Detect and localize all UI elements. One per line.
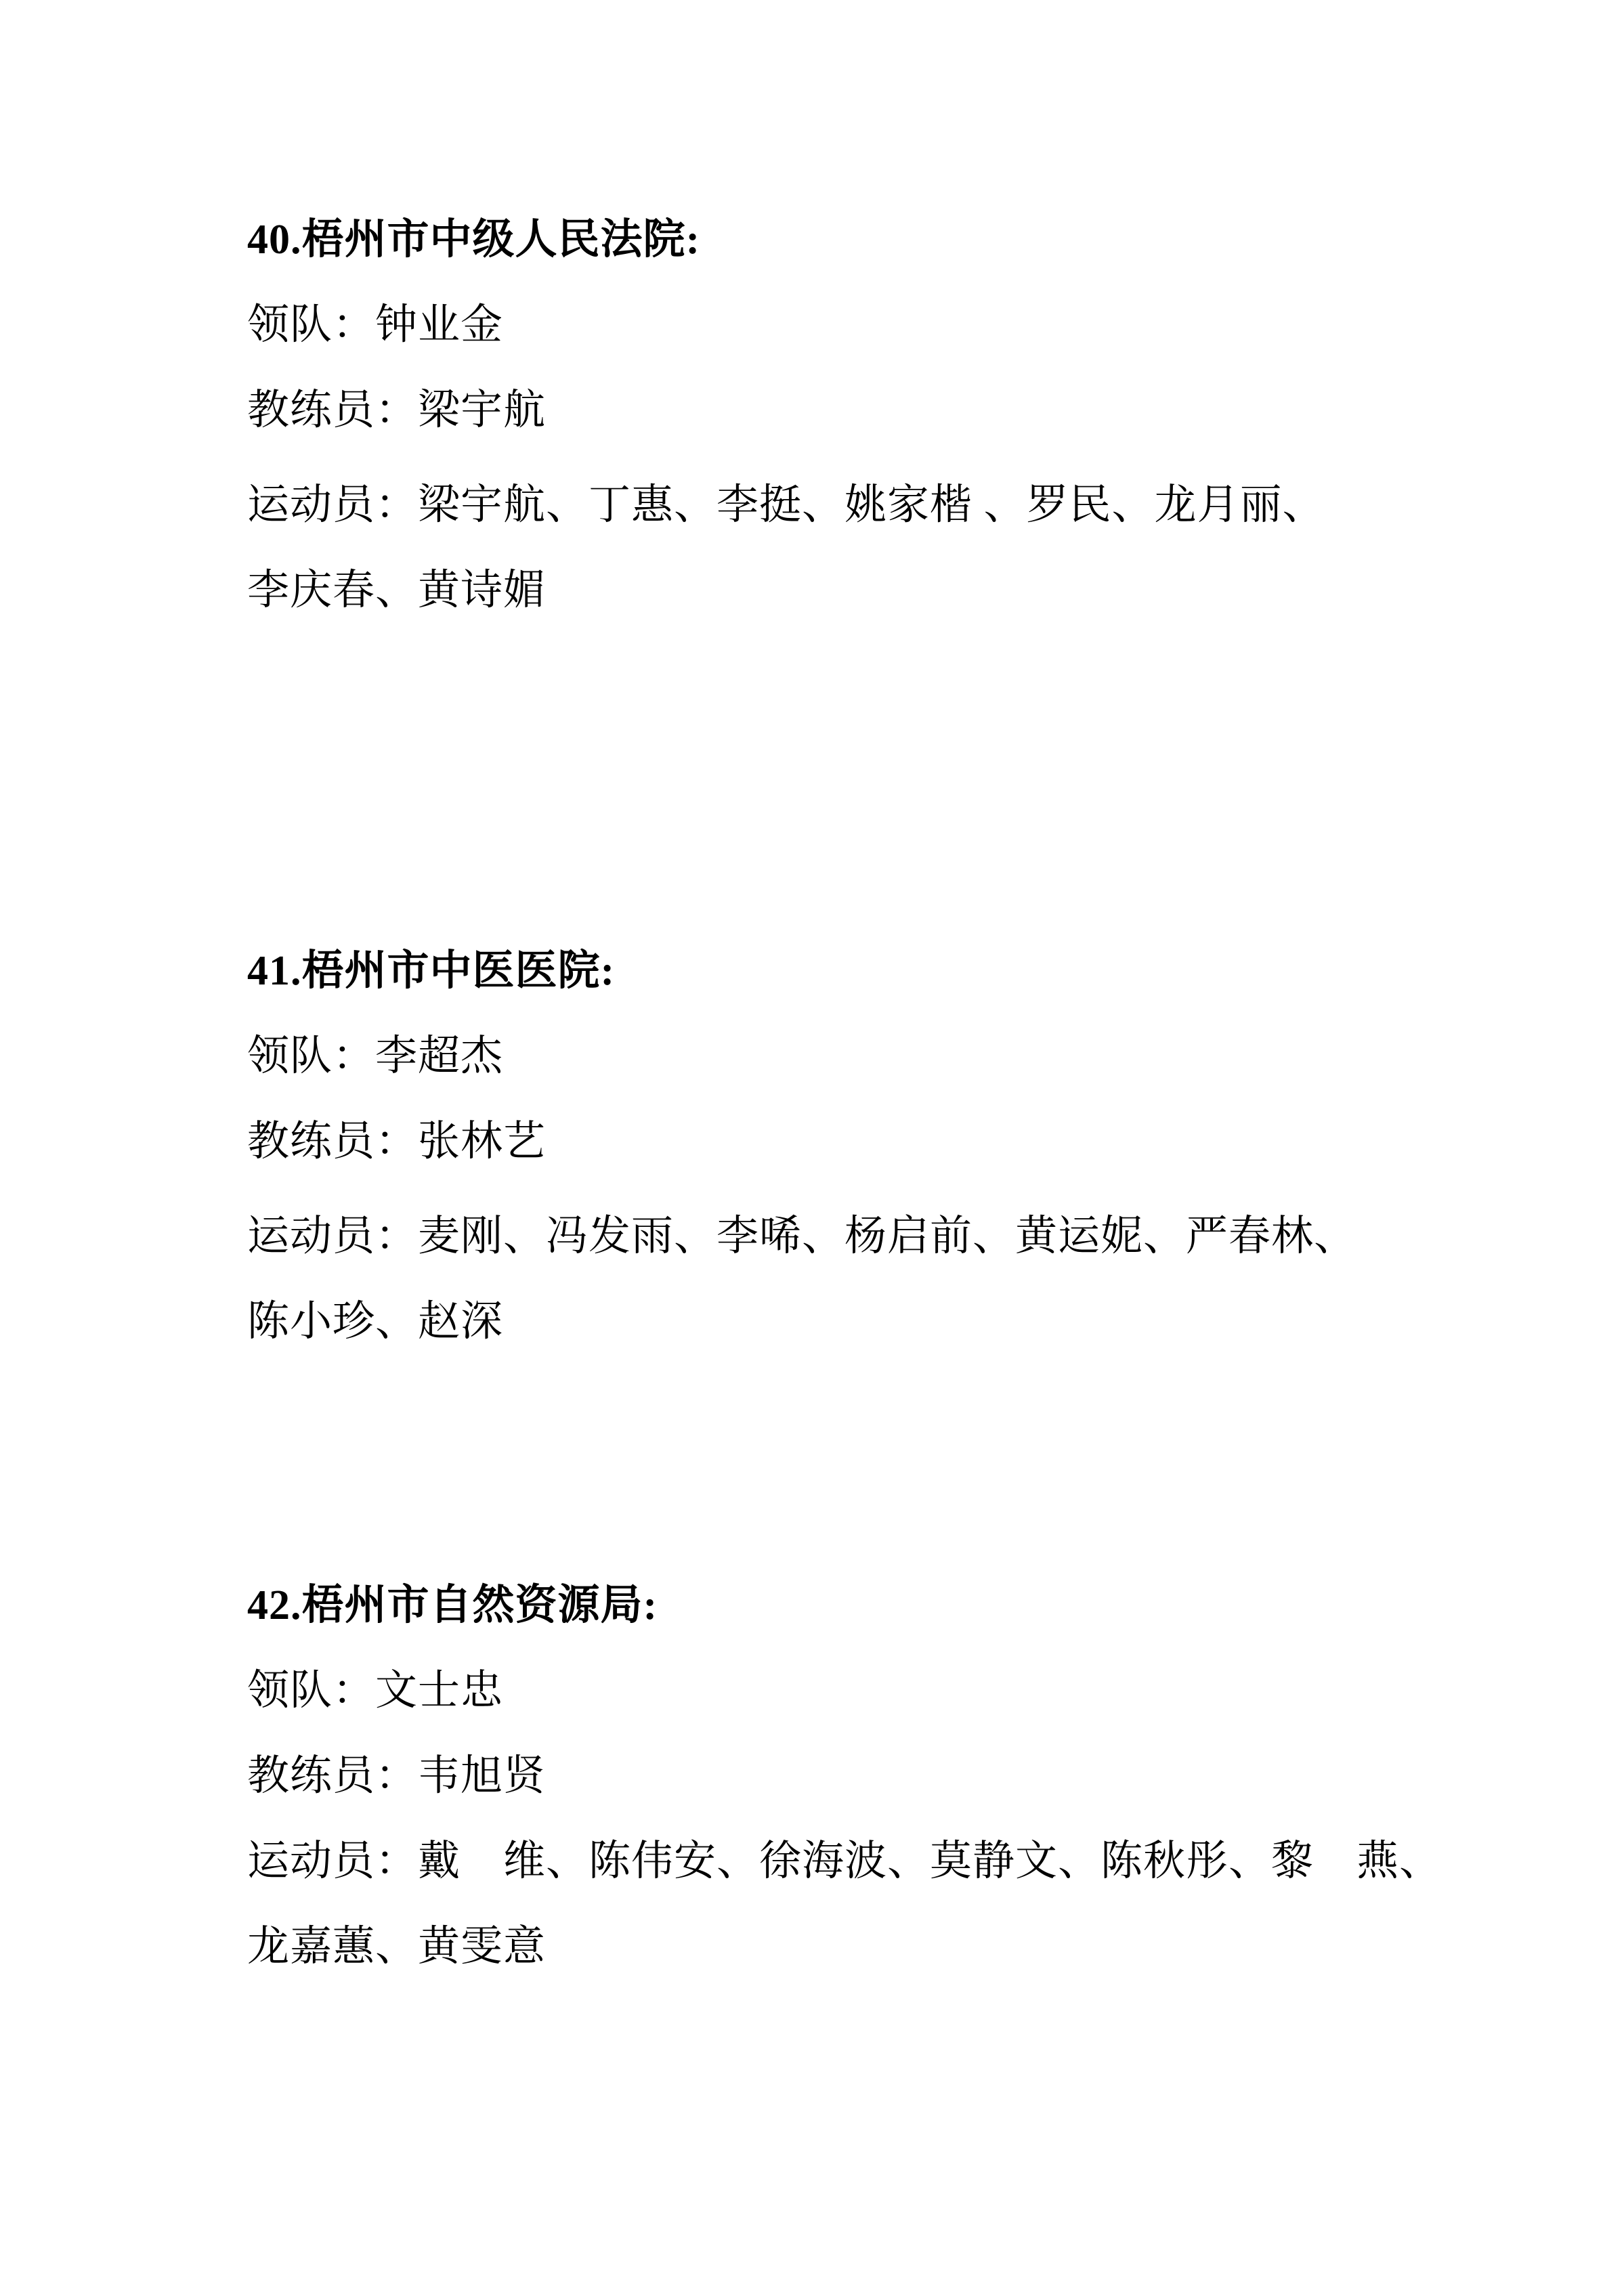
athletes-line-2: 龙嘉蕙、黄雯意	[247, 1904, 1401, 1989]
leader-line: 领队：钟业金	[247, 282, 1401, 368]
athletes-line-1: 运动员：梁宇航、丁惠、李挺、姚家楷 、罗民、龙月丽、	[247, 462, 1401, 548]
leader-line: 领队：文士忠	[247, 1648, 1401, 1733]
team-section-42: 42.梧州市自然资源局: 领队：文士忠 教练员：韦旭贤 运动员：戴 维、陈伟安、…	[247, 1563, 1401, 1989]
team-heading: 41.梧州市中医医院:	[247, 928, 1401, 1014]
athletes-line-2: 陈小珍、赵深	[247, 1279, 1401, 1364]
team-heading: 40.梧州市中级人民法院:	[247, 197, 1401, 282]
document-page: 40.梧州市中级人民法院: 领队：钟业金 教练员：梁宇航 运动员：梁宇航、丁惠、…	[0, 0, 1624, 2296]
coach-line: 教练员：张林艺	[247, 1099, 1401, 1184]
leader-line: 领队：李超杰	[247, 1014, 1401, 1099]
athletes-line-1: 运动员：戴 维、陈伟安、徐海波、莫静文、陈秋彤、黎 燕、	[247, 1819, 1401, 1904]
team-heading: 42.梧州市自然资源局:	[247, 1563, 1401, 1648]
team-section-41: 41.梧州市中医医院: 领队：李超杰 教练员：张林艺 运动员：麦刚、冯发雨、李唏…	[247, 928, 1401, 1364]
coach-line: 教练员：韦旭贤	[247, 1733, 1401, 1819]
athletes-line-2: 李庆春、黄诗媚	[247, 548, 1401, 633]
coach-line: 教练员：梁宇航	[247, 368, 1401, 453]
team-section-40: 40.梧州市中级人民法院: 领队：钟业金 教练员：梁宇航 运动员：梁宇航、丁惠、…	[247, 197, 1401, 633]
athletes-line-1: 运动员：麦刚、冯发雨、李唏、杨启前、黄运妮、严春林、	[247, 1194, 1401, 1279]
